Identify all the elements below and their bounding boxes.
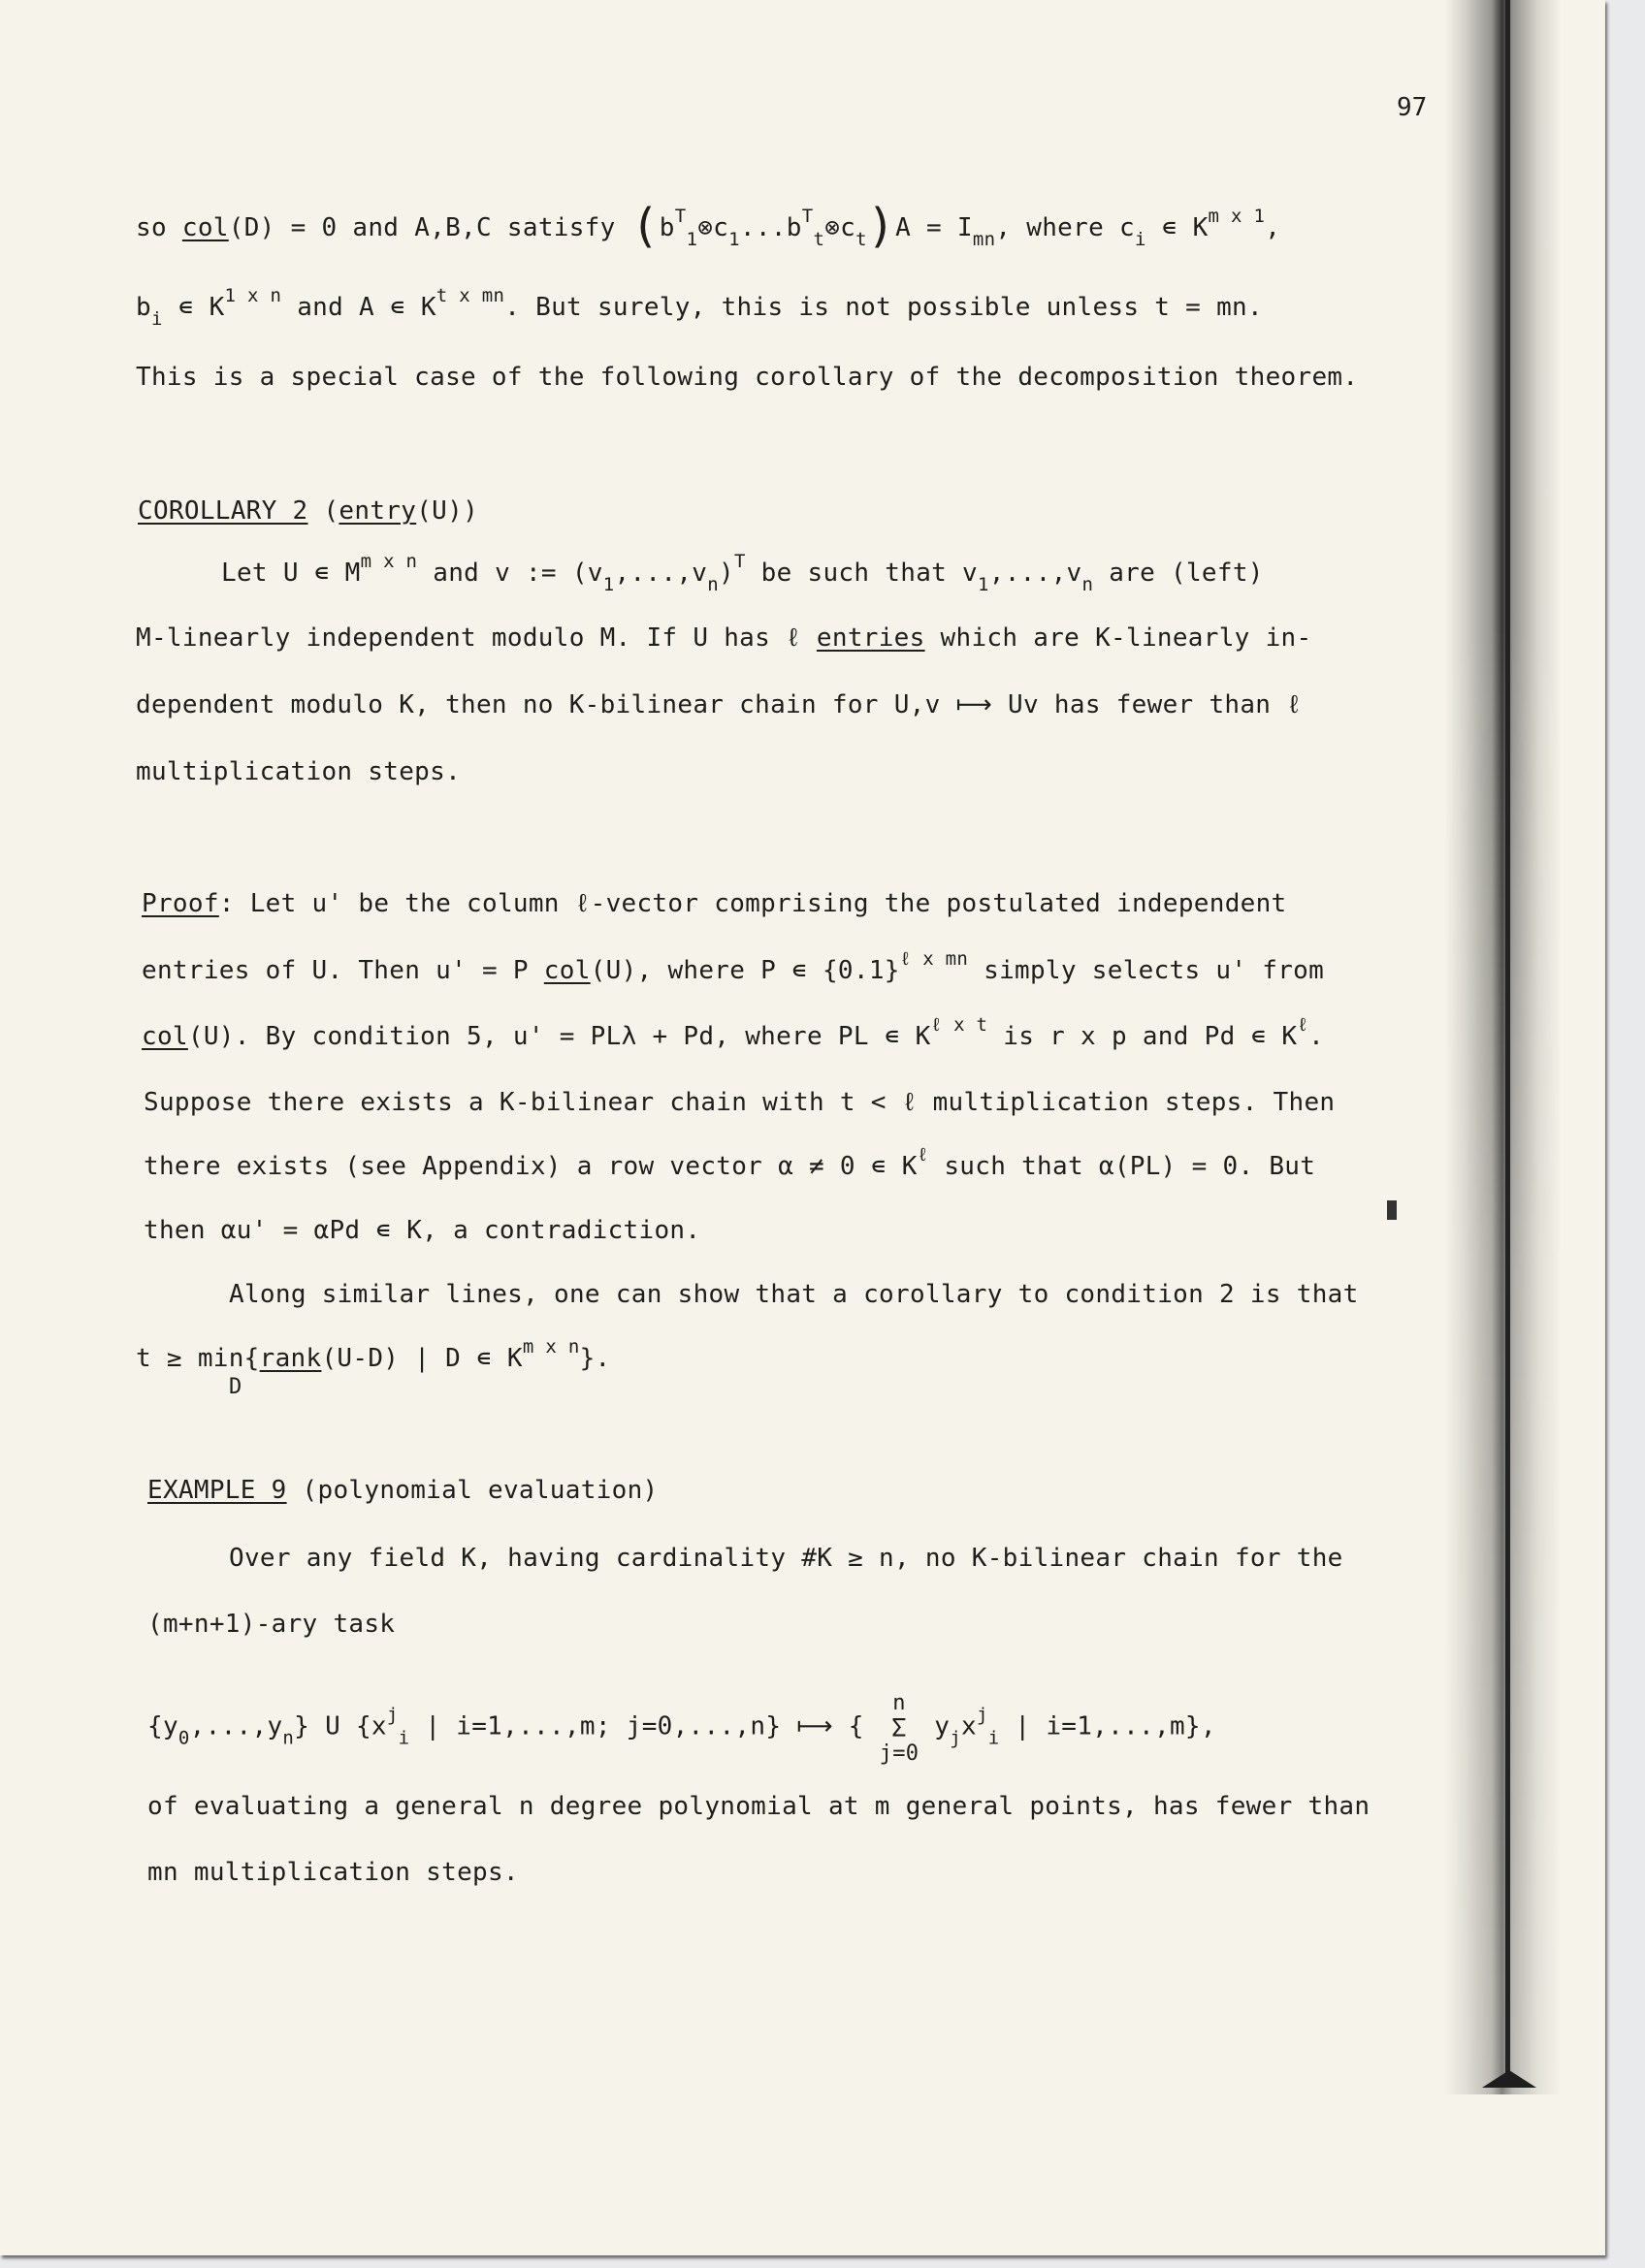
text: are (left) xyxy=(1093,559,1264,588)
text: } U {x xyxy=(294,1712,387,1741)
text: | i=1,...,m; j=0,...,n} ⟼ { xyxy=(409,1712,879,1741)
proof-label: Proof xyxy=(142,889,219,918)
text: (U), where P ∊ {0.1} xyxy=(591,956,900,985)
col-operator: col xyxy=(544,956,591,985)
sub: t xyxy=(855,229,867,250)
binding-crease-foot xyxy=(1482,2070,1536,2088)
text: ) xyxy=(719,559,734,588)
sub: 1 xyxy=(728,229,740,250)
text: t ≥ min{ xyxy=(136,1344,260,1373)
summation: nΣj=0 xyxy=(880,1691,919,1767)
min-expression: t ≥ min{D xyxy=(136,1344,260,1373)
text: . xyxy=(1308,1022,1324,1051)
sub: i xyxy=(399,1728,410,1749)
sub: i xyxy=(988,1728,1000,1749)
text: M-linearly independent modulo M. If U ha… xyxy=(136,623,817,653)
text-line: so col(D) = 0 and A,B,C satisfy (bT1⊗c1.… xyxy=(136,211,1280,242)
sup: j xyxy=(387,1705,399,1726)
text-line: col(U). By condition 5, u' = PLλ + Pd, w… xyxy=(142,1022,1324,1051)
text: (U). By condition 5, u' = PLλ + Pd, wher… xyxy=(188,1022,931,1051)
text: x xyxy=(961,1712,977,1741)
text: and A ∊ K xyxy=(281,293,436,322)
sup: ℓ x t xyxy=(931,1014,988,1036)
col-operator: col xyxy=(182,213,229,242)
right-paren: ) xyxy=(867,199,895,253)
example-title: EXAMPLE 9 xyxy=(147,1476,287,1505)
min-subscript: D xyxy=(229,1373,242,1402)
sum-lower-limit: j=0 xyxy=(880,1741,919,1767)
text: ,...,y xyxy=(190,1712,283,1741)
text-line: t ≥ min{Drank(U-D) | D ∊ Km x n}. xyxy=(136,1344,611,1373)
example-heading: EXAMPLE 9 (polynomial evaluation) xyxy=(147,1476,658,1505)
text: be such that v xyxy=(746,559,978,588)
sup: T xyxy=(802,206,814,227)
text: b xyxy=(136,293,151,322)
col-operator: col xyxy=(142,1022,188,1051)
text: ∊ K xyxy=(163,293,225,322)
text: . But surely, this is not possible unles… xyxy=(504,293,1263,322)
text: is r x p and Pd ∊ K xyxy=(987,1022,1297,1051)
text-line: bi ∊ K1 x n and A ∊ Kt x mn. But surely,… xyxy=(136,293,1263,322)
sup: j xyxy=(977,1705,988,1726)
sigma-symbol: Σ xyxy=(880,1716,919,1741)
text: ,...,v xyxy=(615,559,708,588)
text: {y xyxy=(147,1712,178,1741)
qed-mark-icon xyxy=(1387,1200,1397,1220)
text-line: Over any field K, having cardinality #K … xyxy=(229,1544,1343,1573)
text-line: mn multiplication steps. xyxy=(147,1858,519,1887)
sub: 1 xyxy=(978,574,989,595)
sup: m x n xyxy=(361,551,418,572)
document-page: 97 so col(D) = 0 and A,B,C satisfy (bT1⊗… xyxy=(0,0,1605,2255)
text: (U-D) | D ∊ K xyxy=(321,1344,522,1373)
corollary-heading: COROLLARY 2 (entry(U)) xyxy=(138,496,478,526)
text: (D) = 0 and A,B,C satisfy xyxy=(229,213,631,242)
text: ⊗c xyxy=(824,213,855,242)
sub: t xyxy=(813,229,824,250)
text-line: This is a special case of the following … xyxy=(136,363,1358,392)
text-line: dependent modulo K, then no K-bilinear c… xyxy=(136,690,1302,719)
text: ...b xyxy=(740,213,802,242)
sub: 1 xyxy=(686,229,697,250)
text: Let U ∊ M xyxy=(221,559,361,588)
text: simply selects u' from xyxy=(968,956,1324,985)
text: ,...,v xyxy=(989,559,1082,588)
text: which are K-linearly in- xyxy=(925,623,1312,653)
text: }. xyxy=(580,1344,611,1373)
text: : Let u' be the column ℓ-vector comprisi… xyxy=(219,889,1287,918)
entries-term: entries xyxy=(817,623,925,653)
sup: ℓ x mn xyxy=(900,948,968,970)
text: ( xyxy=(308,496,339,526)
binding-crease xyxy=(1505,0,1510,2085)
sub: mn xyxy=(973,229,995,250)
text-line: Along similar lines, one can show that a… xyxy=(229,1280,1359,1309)
text-line: entries of U. Then u' = P col(U), where … xyxy=(142,956,1324,985)
text-line: of evaluating a general n degree polynom… xyxy=(147,1792,1370,1821)
sup: 1 x n xyxy=(225,285,282,306)
formula-line: {y0,...,yn} U {xji | i=1,...,m; j=0,...,… xyxy=(147,1689,1216,1765)
text: , where c xyxy=(995,213,1135,242)
text: y xyxy=(919,1712,950,1741)
text-line: there exists (see Appendix) a row vector… xyxy=(144,1152,1315,1181)
text: ⊗c xyxy=(697,213,728,242)
text-line: multiplication steps. xyxy=(136,757,461,786)
sub: j xyxy=(950,1728,961,1749)
left-paren: ( xyxy=(631,199,660,253)
sup: m x 1 xyxy=(1209,206,1266,227)
text-line: Let U ∊ Mm x n and v := (v1,...,vn)T be … xyxy=(221,559,1264,588)
text: ∊ K xyxy=(1146,213,1209,242)
sum-upper-limit: n xyxy=(880,1691,919,1716)
text: entries of U. Then u' = P xyxy=(142,956,544,985)
sup: T xyxy=(734,551,746,572)
text-line: Proof: Let u' be the column ℓ-vector com… xyxy=(142,889,1287,918)
sup: ℓ xyxy=(918,1144,929,1166)
sub: 1 xyxy=(603,574,615,595)
sup: t x mn xyxy=(436,285,504,306)
example-subtitle: (polynomial evaluation) xyxy=(287,1476,659,1505)
sub: n xyxy=(707,574,719,595)
text: such that α(PL) = 0. But xyxy=(928,1152,1315,1181)
rank-operator: rank xyxy=(260,1344,322,1373)
text: , xyxy=(1265,213,1280,242)
text: there exists (see Appendix) a row vector… xyxy=(144,1152,918,1181)
text: | i=1,...,m}, xyxy=(999,1712,1215,1741)
text: and v := (v xyxy=(417,559,602,588)
sub: i xyxy=(151,308,163,330)
text: so xyxy=(136,213,182,242)
text-line: Suppose there exists a K-bilinear chain … xyxy=(144,1088,1335,1117)
text-line: (m+n+1)-ary task xyxy=(147,1610,395,1639)
sub: 0 xyxy=(178,1728,190,1749)
text: (U)) xyxy=(416,496,478,526)
corollary-title: COROLLARY 2 xyxy=(138,496,308,526)
text: A = I xyxy=(895,213,973,242)
page-number: 97 xyxy=(1397,93,1427,122)
corollary-subtitle: entry xyxy=(339,496,416,526)
sup: ℓ xyxy=(1297,1014,1308,1036)
sub: i xyxy=(1135,229,1146,250)
text-line: then αu' = αPd ∊ K, a contradiction. xyxy=(144,1216,700,1245)
binding-shadow xyxy=(1445,0,1562,2094)
sub: n xyxy=(1082,574,1094,595)
sup: m x n xyxy=(523,1336,580,1358)
sup: T xyxy=(675,206,687,227)
text-line: M-linearly independent modulo M. If U ha… xyxy=(136,623,1311,653)
sub: n xyxy=(282,1728,294,1749)
text: b xyxy=(660,213,675,242)
